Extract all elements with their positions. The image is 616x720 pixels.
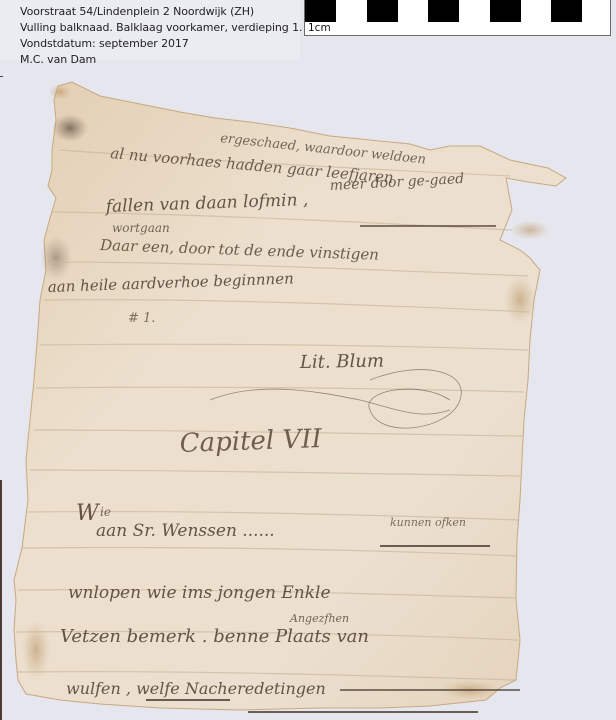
svg-text:ie: ie — [100, 505, 111, 519]
svg-text:wulfen , welfe Nacheredet: wulfen , welfe Nacheredetingen — [66, 679, 326, 698]
chapter-heading: Capitel VII — [179, 424, 323, 459]
manuscript-fragment: ergeschaed, waardoor weldoen al nu voorh… — [0, 0, 616, 720]
svg-text:Angezfhen: Angezfhen — [289, 612, 349, 625]
svg-text:kunnen ofken: kunnen ofken — [390, 516, 466, 529]
svg-text:aan Sr. Wenssen ......: aan Sr. Wenssen ...... — [96, 521, 275, 541]
svg-text:wortgaan: wortgaan — [112, 221, 170, 235]
svg-text:Vetzen bemerk . benne Plaa: Vetzen bemerk . benne Plaats van — [60, 626, 369, 647]
svg-text:# 1.: # 1. — [128, 311, 155, 326]
signature: Lit. Blum — [299, 351, 384, 373]
svg-text:wnlopen wie ims jongen Enk: wnlopen wie ims jongen Enkle — [68, 583, 331, 603]
